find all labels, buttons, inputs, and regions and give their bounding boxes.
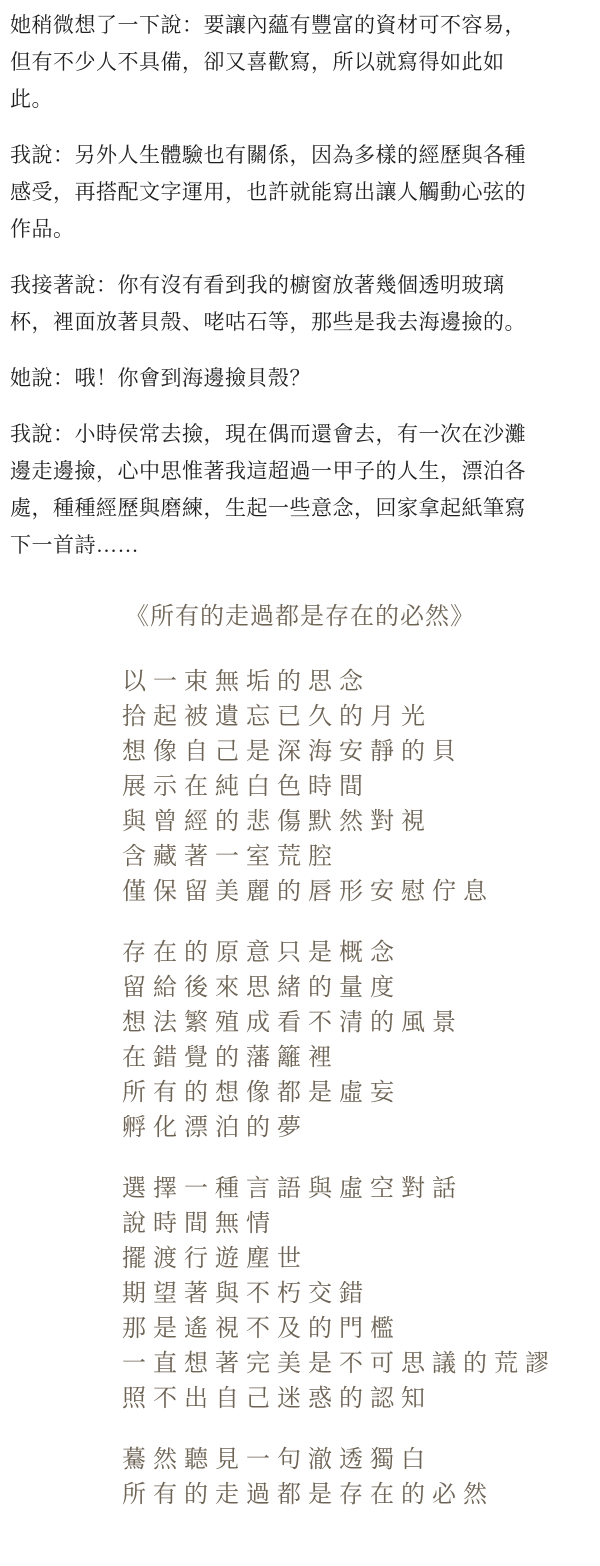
poem-stanza: 驀然聽見一句澈透獨白所有的走過都是存在的必然 [122, 1442, 592, 1512]
poem-line: 孵化漂泊的夢 [122, 1110, 592, 1145]
poem-line: 展示在純白色時間 [122, 769, 592, 804]
poem-line: 拾起被遺忘已久的月光 [122, 699, 592, 734]
prose-paragraph: 我說：另外人生體驗也有關係，因為多樣的經歷與各種 感受，再搭配文字運用，也許就能… [10, 137, 592, 248]
poem-line: 與曾經的悲傷默然對視 [122, 804, 592, 839]
poem-line: 期望著與不朽交錯 [122, 1276, 592, 1311]
poem-stanza: 以一束無垢的思念拾起被遺忘已久的月光想像自己是深海安靜的貝展示在純白色時間與曾經… [122, 664, 592, 909]
prose-section: 她稍微想了一下說：要讓內蘊有豐富的資材可不容易， 但有不少人不具備，卻又喜歡寫，… [10, 7, 592, 564]
prose-paragraph: 她稍微想了一下說：要讓內蘊有豐富的資材可不容易， 但有不少人不具備，卻又喜歡寫，… [10, 7, 592, 118]
poem-line: 想像自己是深海安靜的貝 [122, 734, 592, 769]
poem-line: 一直想著完美是不可思議的荒謬 [122, 1346, 592, 1381]
poem-line: 擺渡行遊塵世 [122, 1241, 592, 1276]
poem-line: 照不出自己迷惑的認知 [122, 1381, 592, 1416]
poem-line: 在錯覺的藩籬裡 [122, 1040, 592, 1075]
poem-stanza: 存在的原意只是概念留給後來思緒的量度想法繁殖成看不清的風景在錯覺的藩籬裡所有的想… [122, 935, 592, 1145]
prose-paragraph: 我接著說：你有沒有看到我的櫥窗放著幾個透明玻璃 杯，裡面放著貝殼、咾咕石等，那些… [10, 267, 592, 341]
prose-paragraph: 她說：哦！你會到海邊撿貝殼？ [10, 360, 592, 397]
poem-section: 《所有的走過都是存在的必然》 以一束無垢的思念拾起被遺忘已久的月光想像自己是深海… [10, 598, 592, 1512]
poem-line: 所有的走過都是存在的必然 [122, 1477, 592, 1512]
poem-line: 那是遙視不及的門檻 [122, 1311, 592, 1346]
poem-line: 以一束無垢的思念 [122, 664, 592, 699]
poem-line: 說時間無情 [122, 1206, 592, 1241]
poem-line: 驀然聽見一句澈透獨白 [122, 1442, 592, 1477]
poem-line: 想法繁殖成看不清的風景 [122, 1005, 592, 1040]
poem-line: 含藏著一室荒腔 [122, 839, 592, 874]
poem-stanza: 選擇一種言語與虛空對話說時間無情擺渡行遊塵世期望著與不朽交錯那是遙視不及的門檻一… [122, 1171, 592, 1416]
poem-line: 選擇一種言語與虛空對話 [122, 1171, 592, 1206]
poem-line: 存在的原意只是概念 [122, 935, 592, 970]
poem-title: 《所有的走過都是存在的必然》 [8, 598, 592, 634]
poem-line: 所有的想像都是虛妄 [122, 1075, 592, 1110]
poem-line: 僅保留美麗的唇形安慰佇息 [122, 874, 592, 909]
prose-paragraph: 我說：小時侯常去撿，現在偶而還會去，有一次在沙灘 邊走邊撿，心中思惟著我這超過一… [10, 416, 592, 564]
poem-body: 以一束無垢的思念拾起被遺忘已久的月光想像自己是深海安靜的貝展示在純白色時間與曾經… [10, 664, 592, 1512]
poem-line: 留給後來思緒的量度 [122, 970, 592, 1005]
